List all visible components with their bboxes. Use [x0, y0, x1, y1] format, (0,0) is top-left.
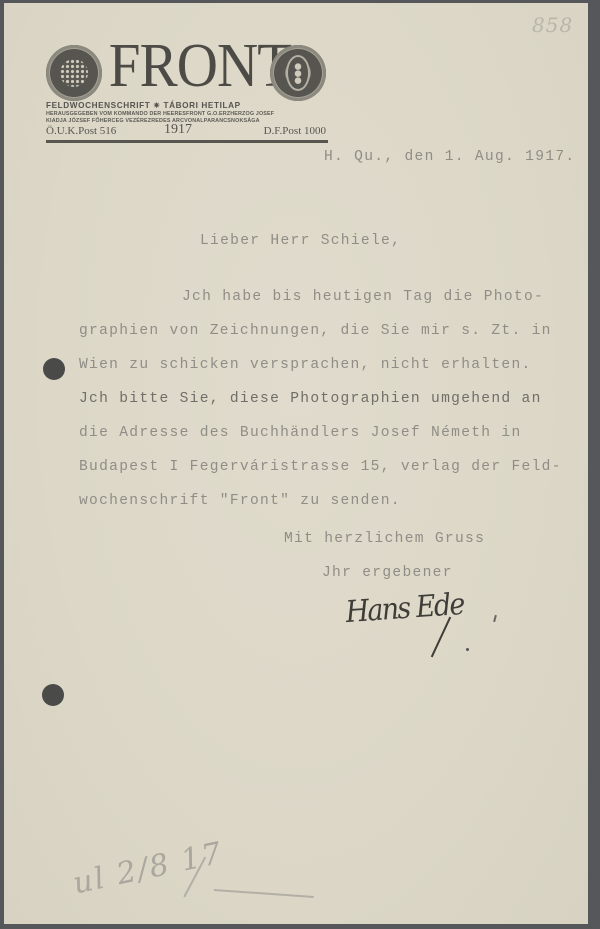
letter-paper: 858 FRONT FELDWOCHENSCHRIFT ✷ TÁBORI HET…	[4, 3, 588, 924]
letterhead-publisher-german: HERAUSGEGEBEN VOM KOMMANDO DER HEERESFRO…	[46, 111, 328, 117]
letterhead: FRONT FELDWOCHENSCHRIFT ✷ TÁBORI HETILAP…	[46, 41, 328, 145]
signature-mark	[493, 615, 497, 622]
closing: Mit herzlichem Gruss	[284, 531, 485, 547]
body-line: Jch habe bis heutigen Tag die Photo-	[182, 289, 544, 305]
closing-2: Jhr ergebener	[322, 565, 453, 581]
body-line: die Adresse des Buchhändlers Josef Német…	[79, 425, 522, 441]
letterhead-rule	[46, 140, 328, 143]
punch-hole-icon	[42, 684, 64, 706]
letterhead-post-left: Ö.U.K.Post 516	[46, 125, 116, 137]
body-line: Wien zu schicken versprachen, nicht erha…	[79, 357, 532, 373]
body-line: wochenschrift "Front" zu senden.	[79, 493, 401, 509]
body-line: graphien von Zeichnungen, die Sie mir s.…	[79, 323, 552, 339]
pencil-underline	[214, 889, 314, 897]
body-line: Jch bitte Sie, diese Photographien umgeh…	[79, 391, 542, 407]
signature-dot	[466, 648, 469, 651]
dateline: H. Qu., den 1. Aug. 1917.	[324, 149, 575, 165]
letterhead-title: FRONT	[109, 35, 265, 97]
letterhead-year: 1917	[164, 122, 192, 138]
ornament-emblem-left-icon	[46, 45, 102, 101]
punch-hole-icon	[43, 358, 65, 380]
archive-number: 858	[532, 13, 573, 37]
letterhead-subtitle: FELDWOCHENSCHRIFT ✷ TÁBORI HETILAP	[46, 100, 328, 110]
body-line: Budapest I Fegerváristrasse 15, verlag d…	[79, 459, 562, 475]
letterhead-post-right: D.F.Post 1000	[264, 125, 326, 137]
ornament-emblem-right-icon	[270, 45, 326, 101]
salutation: Lieber Herr Schiele,	[200, 233, 401, 249]
pencil-annotation: ul 2/8 17	[70, 836, 226, 902]
